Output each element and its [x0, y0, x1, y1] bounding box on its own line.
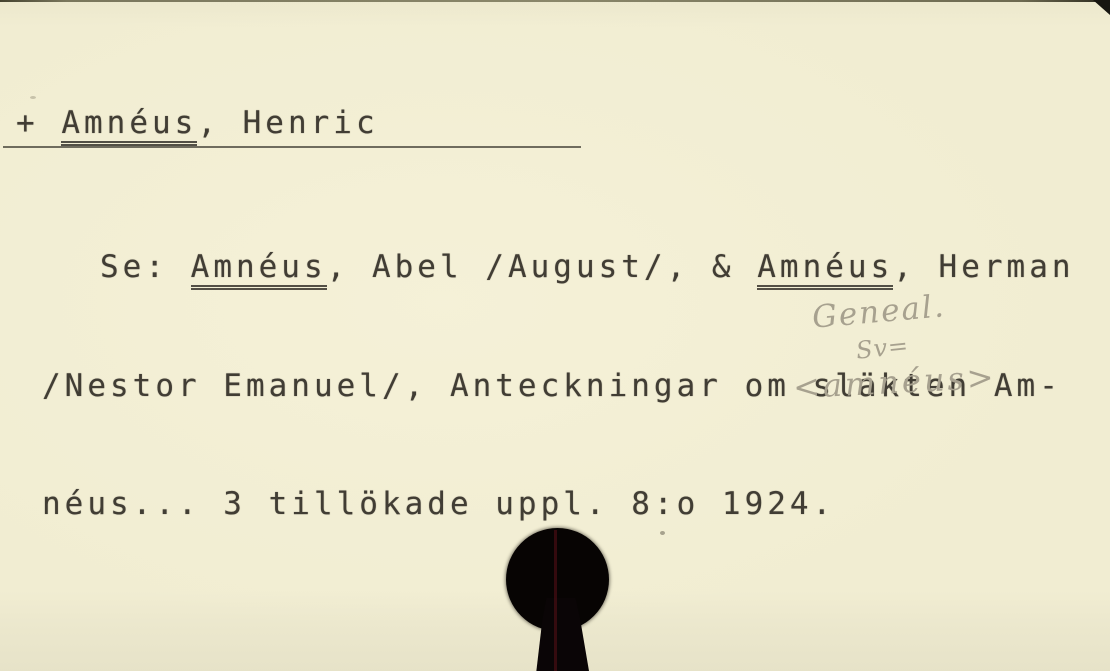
guide-rod-red-line	[554, 530, 557, 671]
card-heading: + Amnéus, Henric	[16, 105, 379, 141]
see-reference-label: Se:	[100, 249, 191, 285]
card-top-edge	[0, 0, 1110, 2]
body-line-1-middle: , Abel /August/, &	[327, 249, 758, 285]
body-line-1-end: , Herman	[893, 249, 1074, 285]
pencil-note-sv: Sv=	[855, 331, 911, 364]
heading-rule-line	[3, 146, 581, 148]
paper-speck	[660, 531, 665, 535]
catalog-card: + Amnéus, Henric Se: Amnéus, Abel /Augus…	[0, 0, 1110, 671]
heading-surname-underlined: Amnéus	[61, 105, 197, 146]
reference-name-2-underlined: Amnéus	[757, 249, 893, 290]
card-corner-shadow	[1093, 0, 1110, 15]
paper-speck	[30, 96, 36, 99]
reference-name-1-underlined: Amnéus	[191, 249, 327, 290]
heading-prefix: +	[16, 105, 61, 141]
heading-forename: , Henric	[197, 105, 378, 141]
body-line-3: néus... 3 tillökade uppl. 8:o 1924.	[42, 485, 1075, 525]
body-line-1: Se: Amnéus, Abel /August/, & Amnéus, Her…	[42, 248, 1075, 288]
